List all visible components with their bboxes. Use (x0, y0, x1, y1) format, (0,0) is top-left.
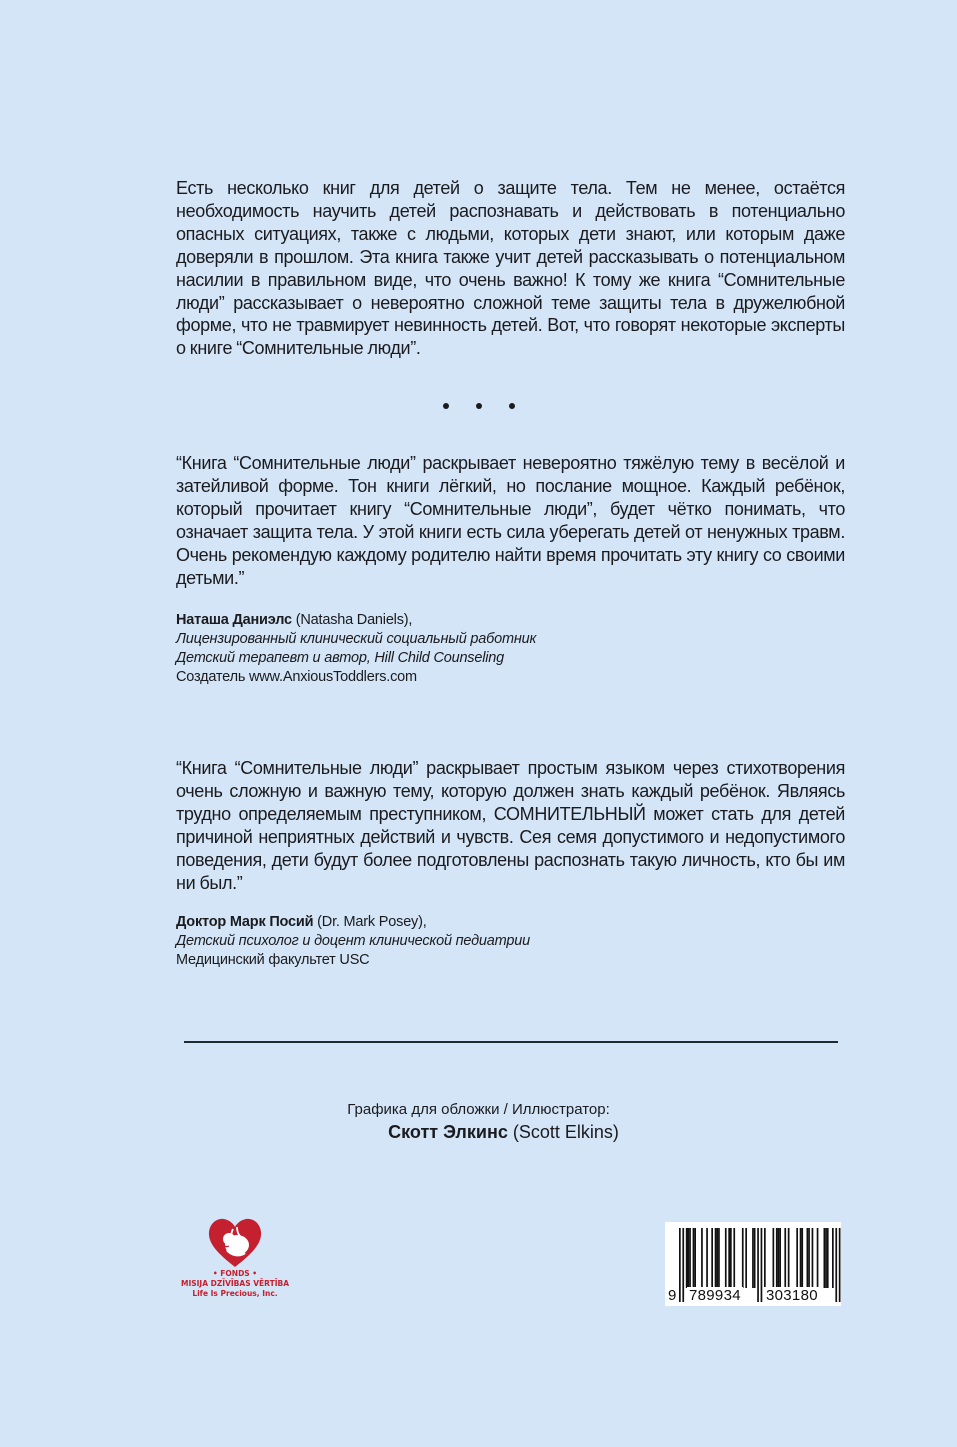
separator-dot (476, 403, 482, 409)
publisher-logo: • FONDS • MISIJA DZĪVĪBAS VĒRTĪBA Life I… (178, 1217, 292, 1309)
author-affiliation: Медицинский факультет USC (176, 951, 776, 970)
author-latin-name: (Dr. Mark Posey), (317, 914, 426, 930)
logo-line-name: MISIJA DZĪVĪBAS VĒRTĪBA (178, 1279, 292, 1289)
isbn-digits-right: 303180 (764, 1287, 820, 1304)
isbn-digits-left: 789934 (687, 1287, 743, 1304)
author-title: Детский терапевт и автор, Hill Child Cou… (176, 649, 776, 668)
isbn-digit-prefix: 9 (668, 1287, 676, 1304)
intro-paragraph: Есть несколько книг для детей о защите т… (176, 177, 845, 360)
separator-dot (443, 403, 449, 409)
illustrator-latin-name: (Scott Elkins) (513, 1122, 619, 1142)
author-title: Детский психолог и доцент клинической пе… (176, 932, 776, 951)
credits-role: Графика для обложки / Иллюстратор: (0, 1100, 957, 1120)
author-line: Доктор Марк Посий (Dr. Mark Posey), (176, 913, 776, 932)
testimonial-quote-1: “Книга “Сомнительные люди” раскрывает не… (176, 452, 845, 589)
heart-with-fetus-icon (207, 1217, 263, 1269)
separator-dot (509, 403, 515, 409)
logo-line-english: Life Is Precious, Inc. (178, 1289, 292, 1299)
author-name: Наташа Даниэлс (176, 612, 292, 628)
author-name: Доктор Марк Посий (176, 914, 313, 930)
isbn-digits: 9 789934 303180 (665, 1287, 841, 1305)
credits-name-line: Скотт Элкинс (Scott Elkins) (50, 1120, 957, 1144)
author-title: Лицензированный клинический социальный р… (176, 630, 776, 649)
testimonial-attribution-2: Доктор Марк Посий (Dr. Mark Posey), Детс… (176, 913, 776, 970)
illustrator-name: Скотт Элкинс (388, 1122, 508, 1142)
section-separator (0, 398, 957, 418)
author-line: Наташа Даниэлс (Natasha Daniels), (176, 611, 776, 630)
illustrator-credits: Графика для обложки / Иллюстратор: Скотт… (0, 1100, 957, 1144)
logo-line-fonds: • FONDS • (178, 1269, 292, 1279)
book-back-cover: Есть несколько книг для детей о защите т… (0, 0, 957, 1447)
author-latin-name: (Natasha Daniels), (296, 612, 412, 628)
author-affiliation: Создатель www.AnxiousToddlers.com (176, 668, 776, 687)
testimonial-attribution-1: Наташа Даниэлс (Natasha Daniels), Лиценз… (176, 611, 776, 687)
isbn-barcode: 9 789934 303180 (665, 1222, 841, 1306)
testimonial-quote-2: “Книга “Сомнительные люди” раскрывает пр… (176, 757, 845, 894)
horizontal-divider (184, 1041, 838, 1043)
